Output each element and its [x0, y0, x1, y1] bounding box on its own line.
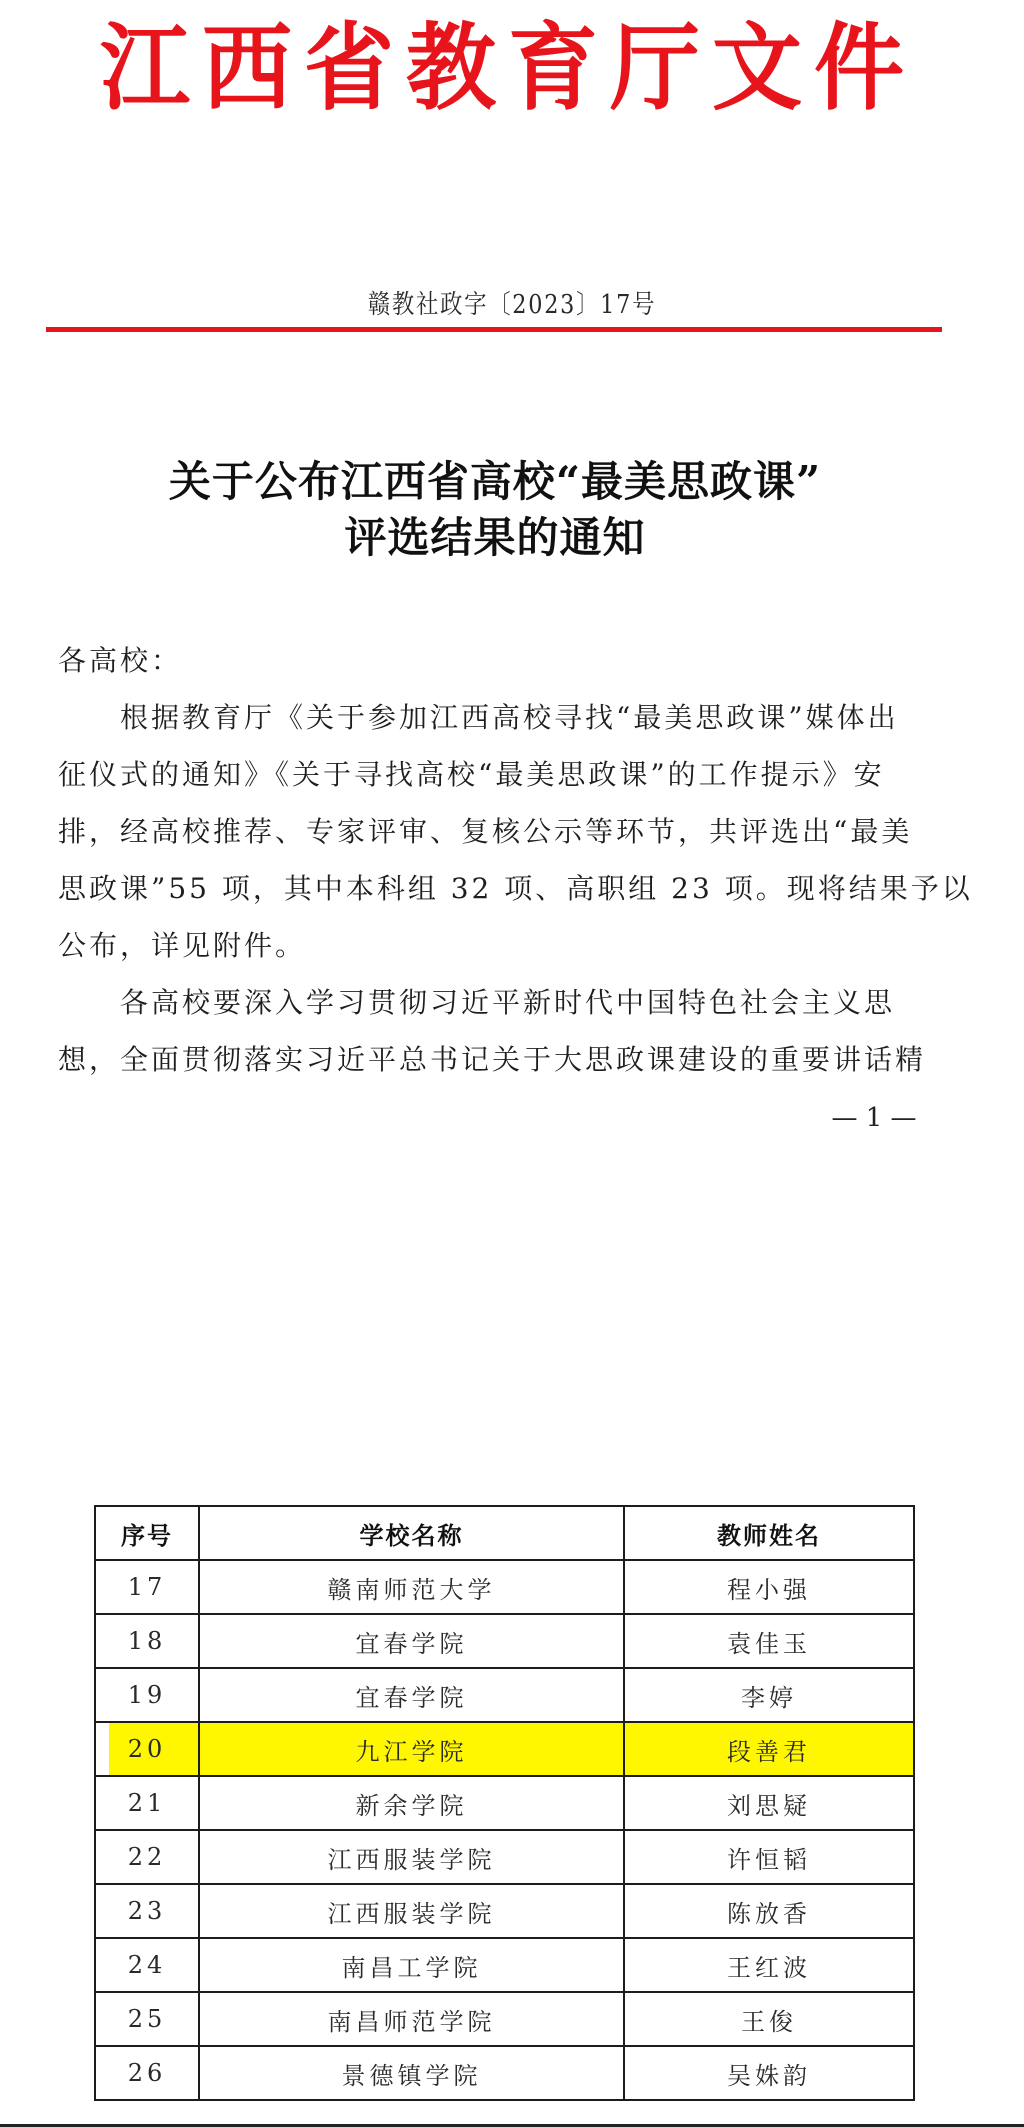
table-header-row: 序号 学校名称 教师姓名: [95, 1506, 914, 1560]
column-header-school: 学校名称: [199, 1506, 624, 1560]
cell-number: 22: [95, 1830, 199, 1884]
paragraph-line: 思政课”55 项，其中本科组 32 项、高职组 23 项。现将结果予以: [58, 860, 948, 917]
paragraph-line: 排，经高校推荐、专家评审、复核公示等环节，共评选出“最美: [58, 803, 948, 860]
paragraph-line: 公布，详见附件。: [58, 917, 948, 974]
cell-number: 26: [95, 2046, 199, 2100]
table-row: 18宜春学院袁佳玉: [95, 1614, 914, 1668]
issuer-title: 江西省教育厅文件: [100, 16, 912, 121]
table-row: 25南昌师范学院王俊: [95, 1992, 914, 2046]
cell-teacher-name: 袁佳玉: [624, 1614, 914, 1668]
cell-teacher-name: 刘思疑: [624, 1776, 914, 1830]
column-header-number: 序号: [95, 1506, 199, 1560]
table-row-highlighted: 20九江学院段善君: [95, 1722, 914, 1776]
cell-teacher-name: 王红波: [624, 1938, 914, 1992]
cell-school-name: 南昌工学院: [199, 1938, 624, 1992]
notice-title-line-1: 关于公布江西省高校“最美思政课”: [0, 454, 990, 510]
results-table: 序号 学校名称 教师姓名 17赣南师范大学程小强18宜春学院袁佳玉19宜春学院李…: [94, 1505, 915, 2101]
cell-teacher-name: 吴姝韵: [624, 2046, 914, 2100]
cell-school-name: 宜春学院: [199, 1668, 624, 1722]
cell-school-name: 九江学院: [199, 1722, 624, 1776]
salutation: 各高校：: [58, 632, 948, 689]
cell-school-name: 江西服装学院: [199, 1884, 624, 1938]
page-number: — 1 —: [822, 1100, 926, 1136]
notice-title-line-2: 评选结果的通知: [0, 510, 990, 566]
cell-school-name: 赣南师范大学: [199, 1560, 624, 1614]
cell-number: 19: [95, 1668, 199, 1722]
cell-teacher-name: 陈放香: [624, 1884, 914, 1938]
cell-school-name: 景德镇学院: [199, 2046, 624, 2100]
cell-school-name: 江西服装学院: [199, 1830, 624, 1884]
cell-number: 21: [95, 1776, 199, 1830]
document-number: 赣教社政字〔2023〕17号: [72, 287, 953, 323]
cell-number: 23: [95, 1884, 199, 1938]
red-divider-rule: [46, 327, 942, 332]
cell-number: 20: [95, 1722, 199, 1776]
cell-teacher-name: 程小强: [624, 1560, 914, 1614]
paragraph-line: 各高校要深入学习贯彻习近平新时代中国特色社会主义思: [58, 974, 948, 1031]
cell-number: 18: [95, 1614, 199, 1668]
cell-school-name: 南昌师范学院: [199, 1992, 624, 2046]
paragraph-line: 根据教育厅《关于参加江西高校寻找“最美思政课”媒体出: [58, 689, 948, 746]
table-row: 19宜春学院李婷: [95, 1668, 914, 1722]
table-row: 24南昌工学院王红波: [95, 1938, 914, 1992]
cell-teacher-name: 李婷: [624, 1668, 914, 1722]
table-row: 17赣南师范大学程小强: [95, 1560, 914, 1614]
paragraph-line: 想，全面贯彻落实习近平总书记关于大思政课建设的重要讲话精: [58, 1031, 948, 1088]
table-row: 22江西服装学院许恒韬: [95, 1830, 914, 1884]
cell-number: 24: [95, 1938, 199, 1992]
column-header-teacher: 教师姓名: [624, 1506, 914, 1560]
cell-teacher-name: 许恒韬: [624, 1830, 914, 1884]
cell-school-name: 宜春学院: [199, 1614, 624, 1668]
table-row: 21新余学院刘思疑: [95, 1776, 914, 1830]
table-row: 23江西服装学院陈放香: [95, 1884, 914, 1938]
table-row: 26景德镇学院吴姝韵: [95, 2046, 914, 2100]
cell-teacher-name: 王俊: [624, 1992, 914, 2046]
cell-teacher-name: 段善君: [624, 1722, 914, 1776]
paragraph-line: 征仪式的通知》《关于寻找高校“最美思政课”的工作提示》安: [58, 746, 948, 803]
cell-number: 25: [95, 1992, 199, 2046]
cell-school-name: 新余学院: [199, 1776, 624, 1830]
cell-number: 17: [95, 1560, 199, 1614]
